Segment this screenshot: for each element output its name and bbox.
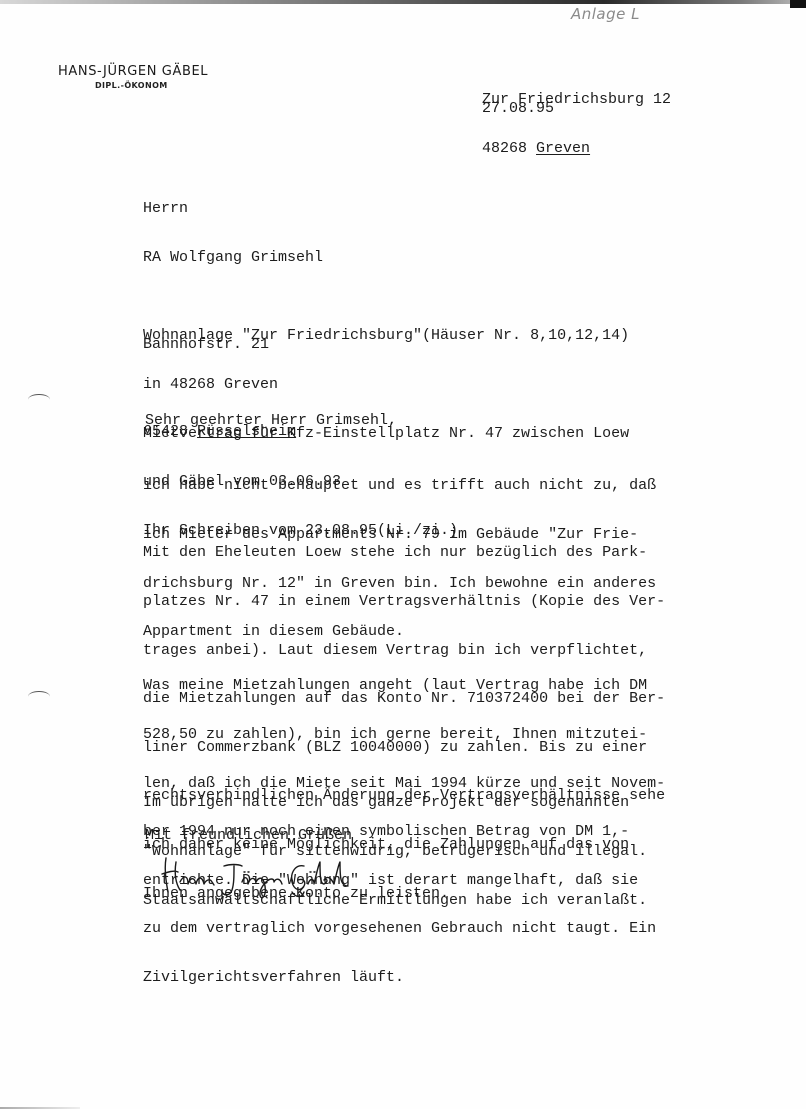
- recipient-name: RA Wolfgang Grimsehl: [143, 250, 323, 266]
- sender-city: Greven: [536, 140, 590, 157]
- punch-hole-mark-icon: [28, 394, 50, 405]
- scan-edge-top: [0, 0, 806, 4]
- letter-date: 27.08.95: [482, 101, 554, 117]
- handwritten-annotation: Anlage L: [571, 5, 640, 23]
- recipient-salutation-line: Herrn: [143, 201, 323, 217]
- subject-line: in 48268 Greven: [143, 377, 629, 393]
- paragraph-line: Im übrigen halte ich das ganze Projekt d…: [143, 795, 647, 811]
- salutation: Sehr geehrter Herr Grimsehl,: [145, 413, 397, 429]
- paragraph-line: 528,50 zu zahlen), bin ich gerne bereit,…: [143, 727, 665, 743]
- paragraph-line: Mit den Eheleuten Loew stehe ich nur bez…: [143, 545, 665, 561]
- handwritten-signature-icon: Hans-Jürgen Gäbel: [158, 852, 358, 902]
- subject-line: Wohnanlage "Zur Friedrichsburg"(Häuser N…: [143, 328, 629, 344]
- scan-edge-corner: [790, 0, 806, 8]
- sender-address: Zur Friedrichsburg 12 48268 Greven: [482, 60, 671, 190]
- letterhead-name: HANS-JÜRGEN GÄBEL: [58, 64, 208, 79]
- paragraph-line: Zivilgerichtsverfahren läuft.: [143, 970, 665, 986]
- scanned-letter-page: Anlage L HANS-JÜRGEN GÄBEL DIPL.-ÖKONOM …: [0, 0, 806, 1109]
- closing: Mit freundlichen Grüßen: [145, 828, 352, 844]
- paragraph-line: ich habe nicht behauptet und es trifft a…: [143, 478, 656, 494]
- letterhead-title: DIPL.-ÖKONOM: [95, 81, 168, 90]
- sender-postcode: 48268: [482, 140, 527, 157]
- paragraph-line: Was meine Mietzahlungen angeht (laut Ver…: [143, 678, 665, 694]
- paragraph-line: platzes Nr. 47 in einem Vertragsverhältn…: [143, 594, 665, 610]
- sender-city-line: 48268 Greven: [482, 141, 671, 157]
- punch-hole-mark-icon: [28, 691, 50, 702]
